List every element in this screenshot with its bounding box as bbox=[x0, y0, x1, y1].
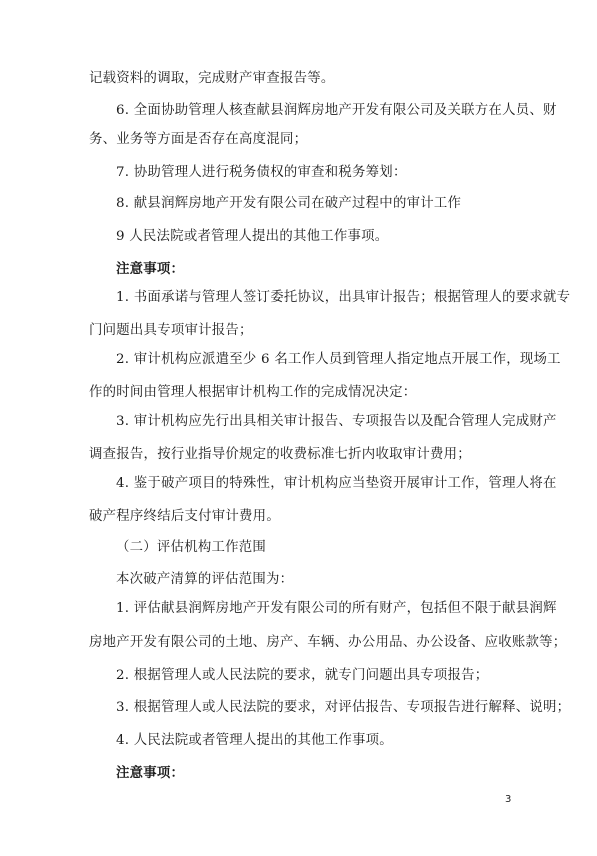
section-heading: 注意事项： bbox=[116, 764, 510, 782]
text-line: 门问题出具专项审计报告； bbox=[89, 322, 510, 340]
text-line: 4. 鉴于破产项目的特殊性，审计机构应当垫资开展审计工作，管理人将在 bbox=[116, 475, 510, 493]
text-line: 2. 根据管理人或人民法院的要求，就专门问题出具专项报告； bbox=[116, 667, 510, 685]
text-line: 调查报告，按行业指导价规定的收费标准七折内收取审计费用； bbox=[89, 446, 510, 464]
text-line: 3. 审计机构应先行出具相关审计报告、专项报告以及配合管理人完成财产 bbox=[116, 413, 510, 431]
text-line: 破产程序终结后支付审计费用。 bbox=[89, 508, 510, 526]
text-line: 记载资料的调取，完成财产审查报告等。 bbox=[89, 70, 510, 88]
text-line: 9 人民法院或者管理人提出的其他工作事项。 bbox=[116, 228, 510, 246]
text-line: 务、业务等方面是否存在高度混同； bbox=[89, 131, 510, 149]
text-line: 1. 书面承诺与管理人签订委托协议，出具审计报告；根据管理人的要求就专 bbox=[116, 289, 510, 307]
text-line: 房地产开发有限公司的土地、房产、车辆、办公用品、办公设备、应收账款等； bbox=[89, 634, 510, 652]
document-page: 记载资料的调取，完成财产审查报告等。6. 全面协助管理人核查献县润辉房地产开发有… bbox=[0, 0, 597, 856]
text-line: 本次破产清算的评估范围为： bbox=[116, 571, 510, 589]
text-line: 3. 根据管理人或人民法院的要求，对评估报告、专项报告进行解释、说明； bbox=[116, 699, 510, 717]
text-line: 1. 评估献县润辉房地产开发有限公司的所有财产，包括但不限于献县润辉 bbox=[116, 600, 510, 618]
text-line: 7. 协助管理人进行税务债权的审查和税务筹划： bbox=[116, 164, 510, 182]
section-heading: 注意事项： bbox=[116, 260, 510, 278]
page-number: 3 bbox=[505, 794, 511, 805]
text-line: 作的时间由管理人根据审计机构工作的完成情况决定： bbox=[89, 384, 510, 402]
text-line: 4. 人民法院或者管理人提出的其他工作事项。 bbox=[116, 732, 510, 750]
text-line: 6. 全面协助管理人核查献县润辉房地产开发有限公司及关联方在人员、财 bbox=[116, 102, 510, 120]
text-line: 8. 献县润辉房地产开发有限公司在破产过程中的审计工作 bbox=[116, 195, 510, 213]
text-line: （二）评估机构工作范围 bbox=[116, 539, 510, 557]
text-line: 2. 审计机构应派遣至少 6 名工作人员到管理人指定地点开展工作，现场工 bbox=[116, 351, 510, 369]
